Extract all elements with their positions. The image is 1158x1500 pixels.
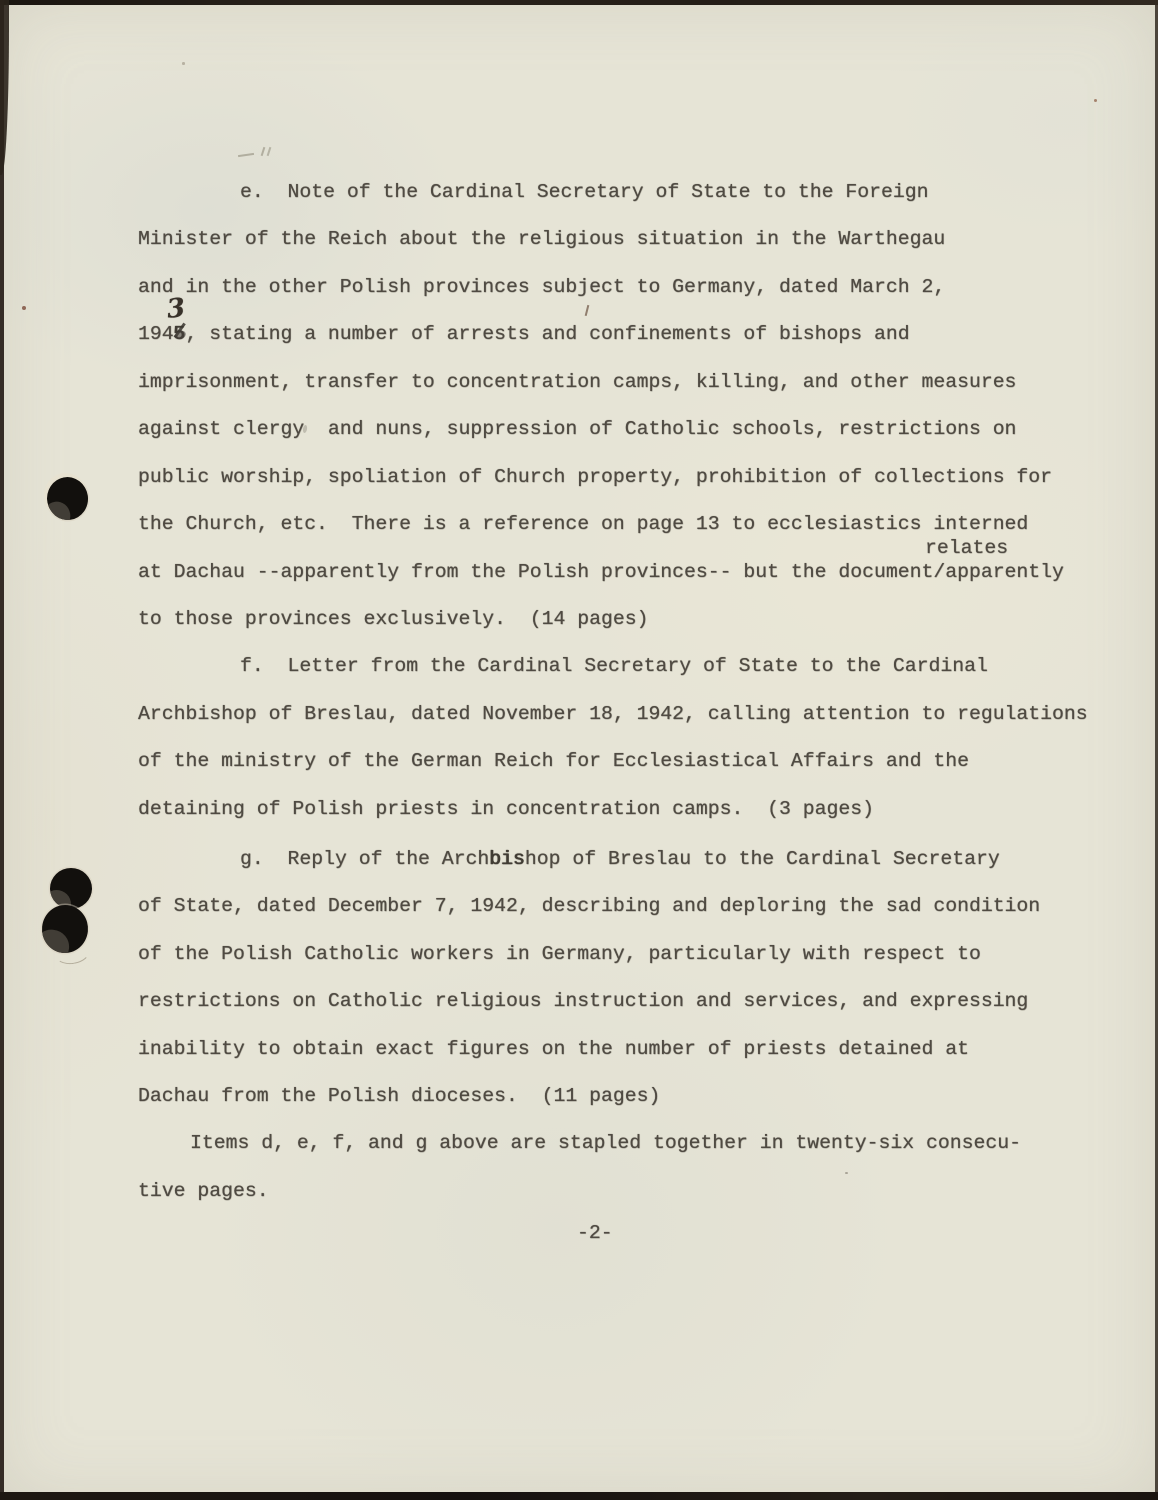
stray-mark bbox=[845, 1172, 848, 1174]
inserted-word: relates bbox=[925, 536, 1008, 560]
typed-line: g. Reply of the Archbishop of Breslau to… bbox=[240, 847, 1000, 871]
scan-edge-bottom bbox=[0, 1492, 1158, 1500]
typed-line: to those provinces exclusively. (14 page… bbox=[138, 607, 648, 631]
typed-line: imprisonment, transfer to concentration … bbox=[138, 370, 1016, 394]
typed-line: the Church, etc. There is a reference on… bbox=[138, 512, 1028, 536]
stray-mark bbox=[1094, 99, 1097, 102]
page-number: -2- bbox=[577, 1221, 613, 1245]
typed-line: of the ministry of the German Reich for … bbox=[138, 749, 969, 773]
typed-line: Items d, e, f, and g above are stapled t… bbox=[190, 1131, 1021, 1155]
typed-line: at Dachau --apparently from the Polish p… bbox=[138, 560, 1064, 584]
typed-line: against clergy and nuns, suppression of … bbox=[138, 417, 1016, 441]
typed-line: tive pages. bbox=[138, 1179, 269, 1203]
stray-mark bbox=[238, 153, 254, 157]
typed-line: and in the other Polish provinces subjec… bbox=[138, 275, 945, 299]
scan-edge-corner bbox=[0, 0, 9, 175]
typed-line: inability to obtain exact figures on the… bbox=[138, 1037, 969, 1061]
typed-line: of State, dated December 7, 1942, descri… bbox=[138, 894, 1040, 918]
typed-line: Dachau from the Polish dioceses. (11 pag… bbox=[138, 1084, 660, 1108]
stray-mark bbox=[182, 62, 185, 65]
scan-edge-top bbox=[0, 0, 1158, 5]
typed-line: 1945, stating a number of arrests and co… bbox=[138, 322, 910, 346]
document-page: 3 e. Note of the Cardinal Secretary of S… bbox=[0, 0, 1158, 1500]
hole-punch-middle bbox=[50, 868, 92, 909]
typed-line: Archbishop of Breslau, dated November 18… bbox=[138, 702, 1088, 726]
stray-mark bbox=[585, 305, 590, 316]
stray-mark bbox=[22, 306, 26, 310]
punch-halo bbox=[47, 477, 88, 520]
overstruck-text: bis bbox=[489, 847, 525, 871]
typed-line: restrictions on Catholic religious instr… bbox=[138, 989, 1028, 1013]
scan-edge-left bbox=[0, 0, 4, 1500]
typed-line: of the Polish Catholic workers in German… bbox=[138, 942, 981, 966]
stray-mark bbox=[267, 147, 272, 156]
stray-mark bbox=[261, 147, 266, 156]
typed-line: public worship, spoliation of Church pro… bbox=[138, 465, 1052, 489]
typed-line: detaining of Polish priests in concentra… bbox=[138, 797, 874, 821]
typed-line: f. Letter from the Cardinal Secretary of… bbox=[240, 654, 988, 678]
typed-line: e. Note of the Cardinal Secretary of Sta… bbox=[240, 180, 929, 204]
typed-line: Minister of the Reich about the religiou… bbox=[138, 227, 945, 251]
